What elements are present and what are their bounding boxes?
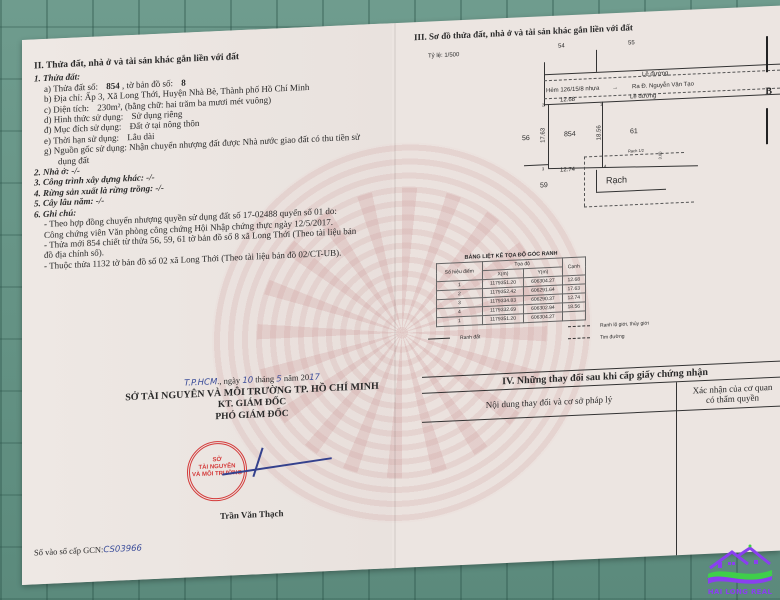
changes-confirm-column: Xác nhận của cơ quancó thẩm quyền <box>677 377 780 564</box>
parcel-55: 55 <box>628 40 635 46</box>
page-fold <box>394 23 396 568</box>
edge-bottom-length: 12.74 <box>560 167 575 174</box>
issue-day: 10 <box>242 376 253 386</box>
boundary-line <box>544 94 780 106</box>
setback-line <box>584 201 694 207</box>
month-label: tháng <box>255 374 274 385</box>
legend-protection-label: Ranh lộ giới, thủy giới <box>600 321 649 329</box>
issue-year: 17 <box>309 372 320 382</box>
changes-content-column: Nội dung thay đổi và cơ sở pháp lý <box>422 382 677 576</box>
road-edge-top: Lề đường <box>642 71 668 78</box>
coordinate-table: BẢNG LIỆT KÊ TỌA ĐỘ GÓC RANH Số hiệu điể… <box>436 249 586 327</box>
canal-edge <box>596 170 597 192</box>
point-3: 3 <box>542 166 544 171</box>
legend-road-center: Tim đường <box>568 334 625 343</box>
boundary-line <box>524 164 548 166</box>
direction-arrow: → <box>612 85 618 91</box>
issue-month: 5 <box>276 374 281 384</box>
direction-label: Ra Đ. Nguyễn Văn Tạo <box>632 81 694 90</box>
edge-line <box>766 108 768 144</box>
signer-name: Trần Văn Thạch <box>220 508 284 521</box>
parcel-61: 61 <box>630 128 638 135</box>
canal-label: Rạch <box>606 175 627 186</box>
section3-title: III. Sơ đồ thửa đất, nhà ở và tài sản kh… <box>414 16 780 43</box>
parcel-map: 54 55 Lề đường Hẻm 126/15/8 nhựa → Ra Đ.… <box>534 38 780 259</box>
map-sheet-number: 8 <box>181 77 186 87</box>
dashed-line-swatch <box>568 325 590 327</box>
parcel-54: 54 <box>558 43 565 49</box>
edge-line <box>766 36 768 72</box>
map-scale: Tỷ lệ: 1/500 <box>428 52 459 59</box>
issue-place: T.P.HCM <box>184 377 217 389</box>
parcel-number: 854 <box>106 80 120 91</box>
canal-edge <box>596 189 666 193</box>
point-1: 1 <box>600 102 602 107</box>
legend-road-center-label: Tim đường <box>600 334 625 341</box>
point-2: 2 <box>542 102 544 107</box>
dashed-line-swatch <box>568 337 590 339</box>
coordinate-cell-x: 1179351.20 <box>482 314 524 325</box>
point-4: 4 <box>604 163 606 168</box>
alley-label: Hẻm 126/15/8 nhựa <box>546 86 599 94</box>
brand-watermark-logo: HAI LONG REAL <box>702 542 778 598</box>
boundary-line <box>596 50 597 72</box>
coordinate-cell-edge <box>562 311 585 321</box>
land-certificate-page: II. Thửa đất, nhà ở và tài sản khác gắn … <box>22 6 780 585</box>
legend-boundary-label: Ranh đất <box>460 334 480 341</box>
col-point: Số hiệu điểm <box>437 262 483 282</box>
term-value: Lâu dài <box>127 131 154 142</box>
edge-left-length: 17.63 <box>541 128 547 143</box>
col-confirmation: Xác nhận của cơ quancó thẩm quyền <box>677 377 780 411</box>
edge-top-length: 12.68 <box>560 97 575 104</box>
setback-label: Rạch 1/2 <box>628 148 644 154</box>
parcel-56: 56 <box>522 135 530 142</box>
road-edge-bottom: Lề đường <box>630 93 656 100</box>
col-edge: Cạnh <box>562 257 585 276</box>
brand-name: HAI LONG REAL <box>702 588 778 596</box>
house-logo-icon <box>702 542 778 588</box>
section-parcel-diagram: III. Sơ đồ thửa đất, nhà ở và tài sản kh… <box>414 16 780 43</box>
parcel-854: 854 <box>564 131 576 139</box>
setback-line <box>584 156 585 206</box>
edge-right-length: 18.56 <box>597 125 603 140</box>
section-land-info: II. Thửa đất, nhà ở và tài sản khác gắn … <box>34 46 384 272</box>
parcel-59: 59 <box>540 182 548 189</box>
corner-mark: B <box>765 86 772 97</box>
gcn-label: Số vào sổ cấp GCN: <box>34 544 103 557</box>
gcn-register-number: Số vào sổ cấp GCN:CS03966 <box>34 543 142 559</box>
parcel-edge <box>548 104 549 168</box>
coordinate-cell-pt: 1 <box>437 316 483 327</box>
year-label: năm 20 <box>284 372 309 383</box>
boundary-line <box>544 62 545 106</box>
solid-line-swatch <box>428 338 450 340</box>
day-label: ., ngày <box>217 375 240 386</box>
gcn-value: CS03966 <box>103 544 142 556</box>
setback-dimension: 3.00 <box>657 152 662 160</box>
coordinate-cell-y: 606304.27 <box>524 312 562 323</box>
